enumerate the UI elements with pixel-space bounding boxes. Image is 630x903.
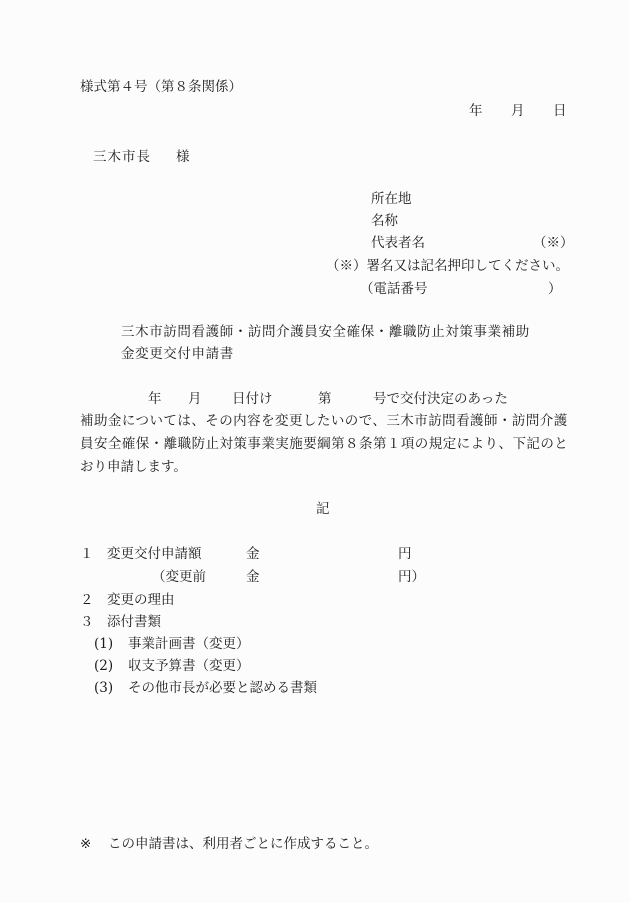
item-1-currency-prefix: 金 — [246, 548, 260, 562]
body-line-3: 員安全確保・離職防止対策事業実施要綱第８条第１項の規定により、下記のと — [80, 438, 568, 452]
address-label: 所在地 — [371, 193, 412, 207]
attachment-3-number: (3) — [94, 682, 113, 696]
body-number-prefix: 第 — [318, 393, 332, 407]
attachment-2-label: 収支予算書（変更） — [128, 660, 250, 674]
representative-mark: （※） — [533, 237, 574, 251]
footnote-text: この申請書は、利用者ごとに作成すること。 — [108, 838, 378, 852]
item-3-label: 添付書類 — [107, 616, 161, 630]
attachment-1-label: 事業計画書（変更） — [128, 638, 250, 652]
ki-heading: 記 — [316, 503, 330, 517]
date-month: 月 — [511, 105, 525, 119]
body-line-4: おり申請します。 — [80, 461, 187, 475]
item-3-number: ３ — [80, 616, 94, 630]
date-year: 年 — [469, 105, 483, 119]
signature-note: （※）署名又は記名押印してください。 — [326, 260, 569, 274]
item-2-label: 変更の理由 — [107, 594, 175, 608]
date-day: 日 — [553, 105, 567, 119]
phone-close: ） — [548, 283, 562, 297]
addressee-honorific: 様 — [176, 151, 190, 165]
attachment-1-number: (1) — [94, 638, 113, 652]
title-line-1: 三木市訪問看護師・訪問介護員安全確保・離職防止対策事業補助 — [121, 326, 530, 340]
representative-label: 代表者名 — [371, 237, 425, 251]
body-year: 年 — [148, 393, 162, 407]
item-1-currency-suffix: 円 — [398, 548, 412, 562]
item-2-number: ２ — [80, 594, 94, 608]
phone-label: （電話番号 — [360, 283, 428, 297]
body-month: 月 — [188, 393, 202, 407]
title-line-2: 金変更交付申請書 — [121, 348, 234, 362]
name-label: 名称 — [371, 215, 398, 229]
item-1-before-prefix: 金 — [246, 571, 260, 585]
item-1-before-label: （変更前 — [152, 571, 206, 585]
footnote-mark: ※ — [80, 838, 91, 852]
item-1-label: 変更交付申請額 — [107, 548, 202, 562]
body-day: 日付け — [232, 393, 273, 407]
attachment-3-label: その他市長が必要と認める書類 — [128, 682, 317, 696]
addressee-name: 三木市長 — [93, 151, 151, 165]
item-1-number: １ — [80, 548, 94, 562]
attachment-2-number: (2) — [94, 660, 113, 674]
item-1-before-suffix: 円） — [398, 571, 425, 585]
form-label: 様式第４号（第８条関係） — [80, 81, 242, 95]
body-line-2: 補助金については、その内容を変更したいので、三木市訪問看護師・訪問介護 — [80, 415, 568, 429]
body-number-suffix: 号で交付決定のあった — [373, 393, 508, 407]
